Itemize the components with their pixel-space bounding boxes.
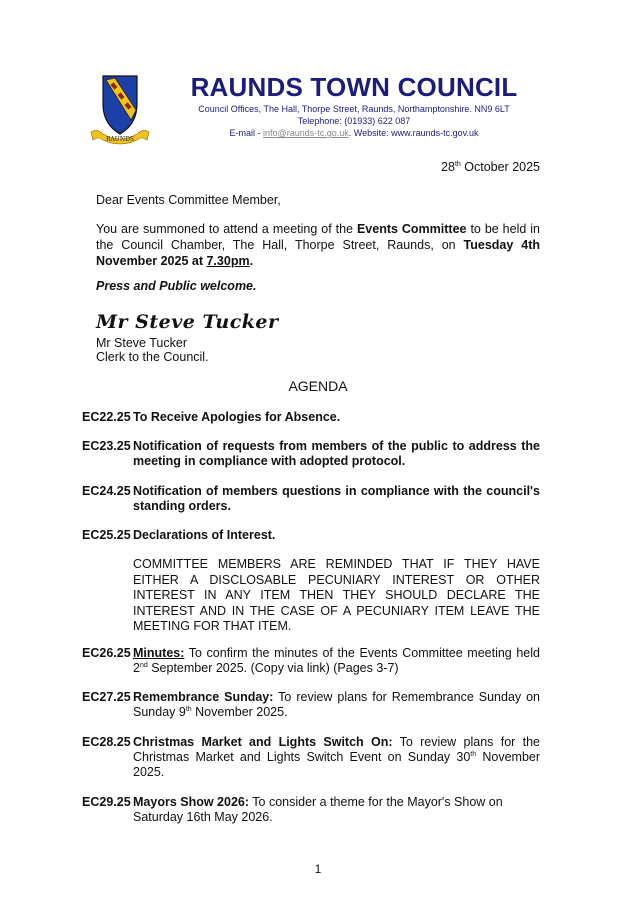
agenda-item: EC22.25 To Receive Apologies for Absence… — [82, 410, 540, 425]
council-title: RAUNDS TOWN COUNCIL — [180, 72, 528, 102]
council-crest-icon: RAUNDS — [89, 74, 151, 148]
svg-text:RAUNDS: RAUNDS — [106, 136, 134, 143]
email-label: E-mail - — [230, 128, 264, 138]
minutes-link[interactable]: Minutes: — [133, 646, 184, 660]
agenda-item: EC29.25 Mayors Show 2026: To consider a … — [82, 795, 540, 825]
press-notice: Press and Public welcome. — [96, 278, 540, 294]
page-number: 1 — [0, 862, 636, 876]
email-link[interactable]: info@raunds-tc.go.uk — [263, 128, 349, 138]
agenda-item: EC23.25 Notification of requests from me… — [82, 439, 540, 469]
agenda-item: EC26.25 Minutes: To confirm the minutes … — [82, 646, 540, 676]
agenda-item: EC25.25 Declarations of Interest. — [82, 528, 540, 543]
signature: Mr Steve Tucker — [96, 311, 279, 333]
signatory-role: Clerk to the Council. — [96, 349, 540, 365]
declaration-note: COMMITTEE MEMBERS ARE REMINDED THAT IF T… — [133, 557, 540, 635]
agenda-item: EC27.25 Remembrance Sunday: To review pl… — [82, 690, 540, 720]
letter-date: 28th October 2025 — [441, 160, 540, 174]
council-contact: E-mail - info@raunds-tc.go.uk. Website: … — [180, 128, 528, 139]
agenda-item: EC24.25 Notification of members question… — [82, 484, 540, 514]
website-text: . Website: www.raunds-tc.gov.uk — [349, 128, 479, 138]
salutation: Dear Events Committee Member, — [96, 192, 540, 208]
council-address: Council Offices, The Hall, Thorpe Street… — [180, 104, 528, 115]
agenda-title: AGENDA — [0, 378, 636, 394]
council-telephone: Telephone: (01933) 622 087 — [180, 116, 528, 127]
agenda-item: EC28.25 Christmas Market and Lights Swit… — [82, 735, 540, 780]
summons-paragraph: You are summoned to attend a meeting of … — [96, 221, 540, 269]
